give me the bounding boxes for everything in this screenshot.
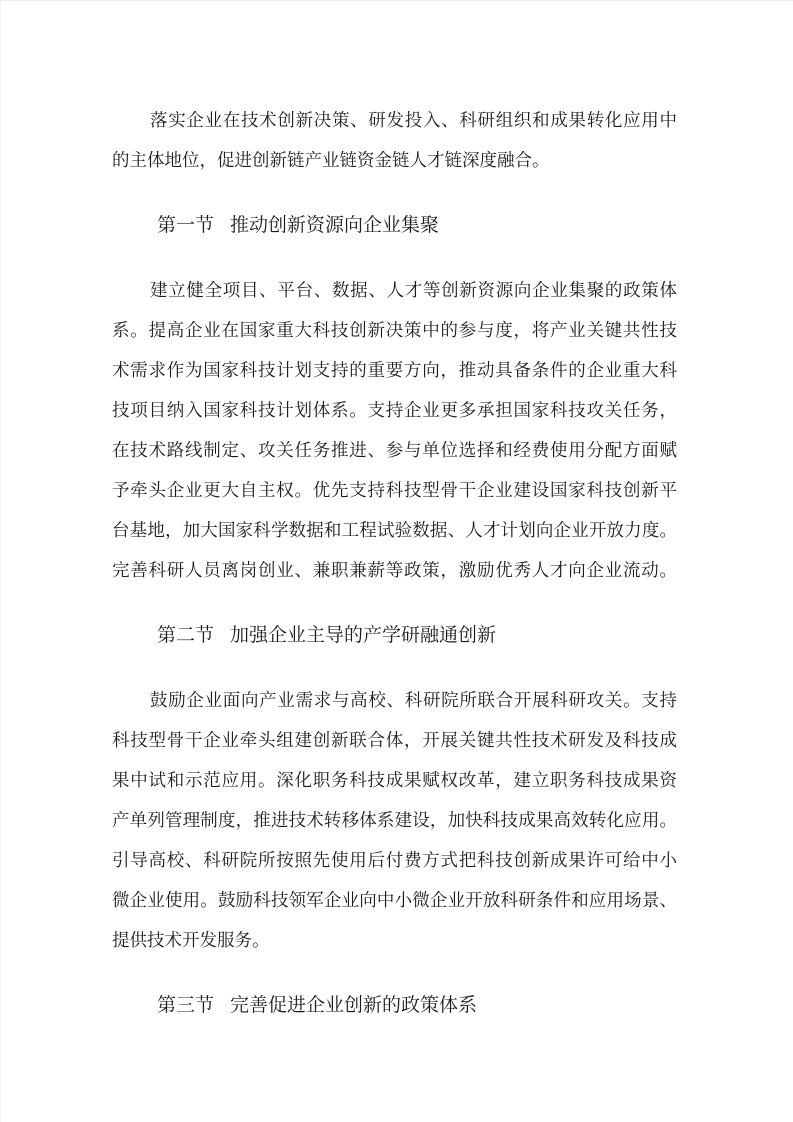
text-line: 技项目纳入国家科技计划体系。支持企业更多承担国家科技攻关任务， xyxy=(112,391,677,431)
text-line: 术需求作为国家科技计划支持的重要方向，推动具备条件的企业重大科 xyxy=(112,351,677,391)
section-heading-3: 第三节完善促进企业创新的政策体系 xyxy=(112,985,677,1025)
section-title: 推动创新资源向企业集聚 xyxy=(230,214,439,236)
paragraph-section-2: 鼓励企业面向产业需求与高校、科研院所联合开展科研攻关。支持科技型骨干企业牵头组建… xyxy=(112,681,677,961)
document-content: 落实企业在技术创新决策、研发投入、科研组织和成果转化应用中的主体地位，促进创新链… xyxy=(1,1,793,1025)
section-number: 第三节 xyxy=(157,994,214,1016)
text-line: 系。提高企业在国家重大科技创新决策中的参与度，将产业关键共性技 xyxy=(112,311,677,351)
text-line: 予牵头企业更大自主权。优先支持科技型骨干企业建设国家科技创新平 xyxy=(112,471,677,511)
text-line: 在技术路线制定、攻关任务推进、参与单位选择和经费使用分配方面赋 xyxy=(112,431,677,471)
section-heading-2: 第二节加强企业主导的产学研融通创新 xyxy=(112,615,677,655)
section-title: 完善促进企业创新的政策体系 xyxy=(230,994,477,1016)
text-line: 产单列管理制度，推进技术转移体系建设，加快科技成果高效转化应用。 xyxy=(112,801,677,841)
section-title: 加强企业主导的产学研融通创新 xyxy=(230,624,496,646)
text-line: 台基地，加大国家科学数据和工程试验数据、人才计划向企业开放力度。 xyxy=(112,511,677,551)
section-number: 第二节 xyxy=(157,624,214,646)
text-line: 鼓励企业面向产业需求与高校、科研院所联合开展科研攻关。支持 xyxy=(112,681,677,721)
text-line: 提供技术开发服务。 xyxy=(112,921,677,961)
text-line: 果中试和示范应用。深化职务科技成果赋权改革，建立职务科技成果资 xyxy=(112,761,677,801)
document-page: 落实企业在技术创新决策、研发投入、科研组织和成果转化应用中的主体地位，促进创新链… xyxy=(0,0,793,1122)
section-heading-1: 第一节推动创新资源向企业集聚 xyxy=(112,205,677,245)
text-line: 科技型骨干企业牵头组建创新联合体，开展关键共性技术研发及科技成 xyxy=(112,721,677,761)
paragraph-intro: 落实企业在技术创新决策、研发投入、科研组织和成果转化应用中的主体地位，促进创新链… xyxy=(112,101,677,181)
text-line: 的主体地位，促进创新链产业链资金链人才链深度融合。 xyxy=(112,141,677,181)
text-line: 引导高校、科研院所按照先使用后付费方式把科技创新成果许可给中小 xyxy=(112,841,677,881)
section-number: 第一节 xyxy=(157,214,214,236)
text-line: 完善科研人员离岗创业、兼职兼薪等政策，激励优秀人才向企业流动。 xyxy=(112,551,677,591)
text-line: 微企业使用。鼓励科技领军企业向中小微企业开放科研条件和应用场景、 xyxy=(112,881,677,921)
text-line: 落实企业在技术创新决策、研发投入、科研组织和成果转化应用中 xyxy=(112,101,677,141)
paragraph-section-1: 建立健全项目、平台、数据、人才等创新资源向企业集聚的政策体系。提高企业在国家重大… xyxy=(112,271,677,591)
text-line: 建立健全项目、平台、数据、人才等创新资源向企业集聚的政策体 xyxy=(112,271,677,311)
